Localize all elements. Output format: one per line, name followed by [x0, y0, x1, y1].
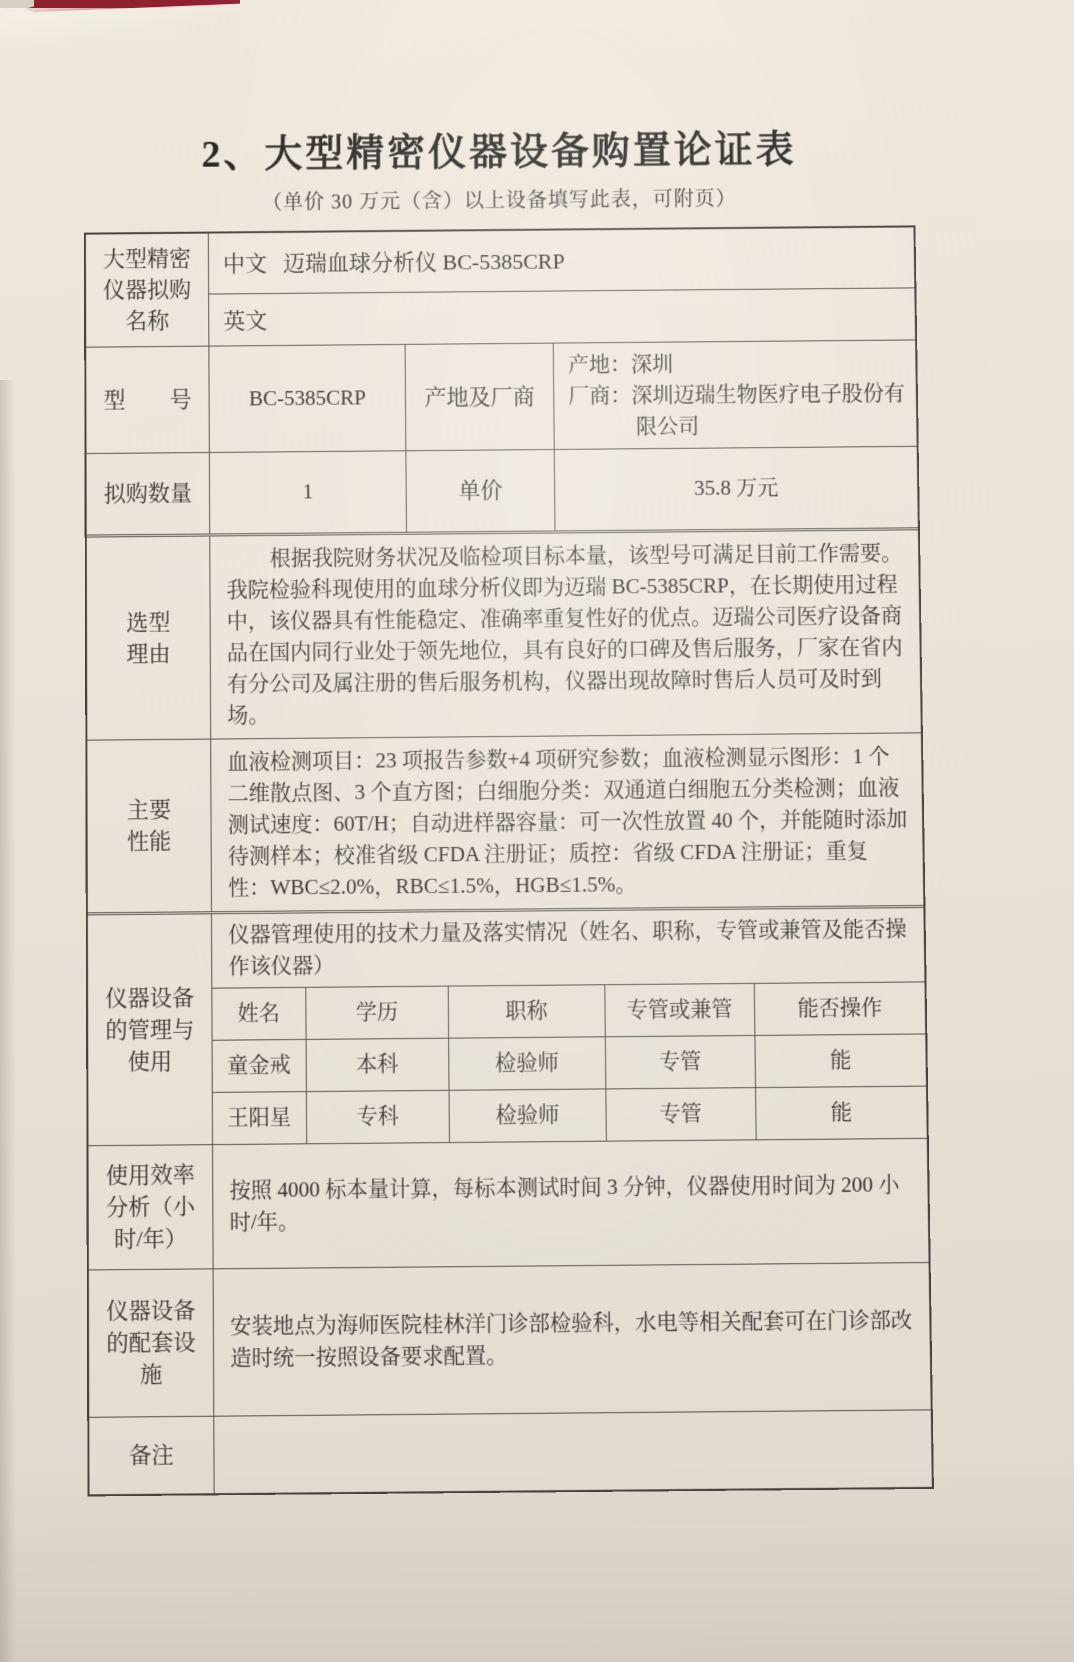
- usage-efficiency-text: 按照 4000 标本量计算，每标本测试时间 3 分钟，仪器使用时间为 200 小…: [213, 1161, 928, 1245]
- col-header-dedication: 专管或兼管: [604, 983, 754, 1035]
- origin-label: 产地及厂商: [405, 343, 554, 450]
- row-usage-efficiency: 使用效率 分析（小 时/年） 按照 4000 标本量计算，每标本测试时间 3 分…: [88, 1137, 928, 1269]
- remarks-text: [214, 1447, 245, 1462]
- management-intro-text: 仪器管理使用的技术力量及落实情况（姓名、职称，专管或兼管及能否操作该仪器）: [212, 908, 924, 988]
- usage-efficiency-cell: 按照 4000 标本量计算，每标本测试时间 3 分钟，仪器使用时间为 200 小…: [212, 1138, 929, 1268]
- unit-price-label: 单价: [405, 450, 554, 532]
- page-left-shadow: [0, 380, 16, 1662]
- equipment-name-values: 中文 迈瑞血球分析仪 BC-5385CRP 英文: [208, 227, 915, 345]
- row-quantity-price: 拟购数量 1 单价 35.8 万元: [87, 445, 918, 534]
- person-name: 童金戒: [213, 1040, 306, 1092]
- row-selection-reason: 选型 理由 根据我院财务状况及临检项目标本量，该型号可满足目前工作需要。我院检验…: [87, 527, 921, 739]
- origin-place: 产地：深圳: [568, 348, 673, 380]
- person-can-operate: 能: [754, 1034, 926, 1087]
- model-value: BC-5385CRP: [208, 344, 405, 451]
- chinese-name-cell: 中文 迈瑞血球分析仪 BC-5385CRP: [209, 227, 914, 293]
- person-dedication: 专管: [605, 1088, 755, 1141]
- main-performance-label: 主要 性能: [87, 739, 211, 912]
- col-header-education: 学历: [305, 986, 448, 1038]
- person-can-operate: 能: [755, 1086, 927, 1139]
- person-dedication: 专管: [605, 1036, 755, 1088]
- row-management-use: 仪器设备 的管理与 使用 仪器管理使用的技术力量及落实情况（姓名、职称，专管或兼…: [88, 905, 927, 1145]
- main-performance-cell: 血液检测项目：23 项报告参数+4 项研究参数；血液检测显示图形：1 个二维散点…: [210, 733, 923, 911]
- supporting-facilities-text: 安装地点为海师医院桂林洋门诊部检验科，水电等相关配套可在门诊部改造时统一按照设备…: [214, 1297, 930, 1382]
- unit-price-value: 35.8 万元: [554, 446, 918, 530]
- chinese-name-value: 迈瑞血球分析仪 BC-5385CRP: [283, 245, 565, 278]
- management-label: 仪器设备 的管理与 使用: [88, 914, 212, 1145]
- selection-reason-label: 选型 理由: [87, 536, 210, 739]
- quantity-value: 1: [209, 451, 406, 533]
- row-model: 型 号 BC-5385CRP 产地及厂商 产地：深圳 厂商：深圳迈瑞生物医疗电子…: [86, 339, 916, 453]
- purchase-justification-table: 大型精密 仪器拟购 名称 中文 迈瑞血球分析仪 BC-5385CRP 英文 型 …: [84, 225, 934, 1496]
- page-subtitle: （单价 30 万元（含）以上设备填写此表，可附页）: [84, 180, 915, 216]
- personnel-table: 姓名 学历 职称 专管或兼管 能否操作 童金戒 本科 检验师 专管 能: [212, 981, 926, 1144]
- supporting-facilities-cell: 安装地点为海师医院桂林洋门诊部检验科，水电等相关配套可在门诊部改造时统一按照设备…: [213, 1263, 931, 1416]
- col-header-can-operate: 能否操作: [754, 982, 926, 1035]
- supporting-facilities-label: 仪器设备 的配套设 施: [89, 1269, 213, 1416]
- origin-value-cell: 产地：深圳 厂商：深圳迈瑞生物医疗电子股份有限公司: [553, 340, 917, 449]
- col-header-name: 姓名: [212, 987, 305, 1039]
- chinese-label: 中文: [223, 247, 267, 278]
- person-education: 专科: [306, 1090, 449, 1142]
- usage-efficiency-label: 使用效率 分析（小 时/年）: [89, 1145, 213, 1269]
- row-equipment-name: 大型精密 仪器拟购 名称 中文 迈瑞血球分析仪 BC-5385CRP 英文: [86, 227, 915, 346]
- selection-reason-cell: 根据我院财务状况及临检项目标本量，该型号可满足目前工作需要。我院检验科现使用的血…: [209, 530, 921, 738]
- personnel-header-row: 姓名 学历 职称 专管或兼管 能否操作: [212, 982, 925, 1039]
- main-performance-text: 血液检测项目：23 项报告参数+4 项研究参数；血液检测显示图形：1 个二维散点…: [211, 733, 923, 911]
- equipment-name-label: 大型精密 仪器拟购 名称: [86, 233, 208, 346]
- row-supporting-facilities: 仪器设备 的配套设 施 安装地点为海师医院桂林洋门诊部检验科，水电等相关配套可在…: [89, 1262, 931, 1417]
- document: 2、大型精密仪器设备购置论证表 （单价 30 万元（含）以上设备填写此表，可附页…: [83, 0, 934, 1496]
- row-main-performance: 主要 性能 血液检测项目：23 项报告参数+4 项研究参数；血液检测显示图形：1…: [87, 732, 923, 912]
- model-label: 型 号: [86, 346, 209, 452]
- col-header-title: 职称: [447, 985, 604, 1037]
- person-education: 本科: [305, 1038, 448, 1090]
- selection-reason-text: 根据我院财务状况及临检项目标本量，该型号可满足目前工作需要。我院检验科现使用的血…: [210, 530, 921, 738]
- personnel-row: 王阳星 专科 检验师 专管 能: [213, 1085, 927, 1144]
- origin-manufacturer: 厂商：深圳迈瑞生物医疗电子股份有限公司: [568, 377, 906, 442]
- english-label: 英文: [223, 304, 267, 335]
- quantity-label: 拟购数量: [87, 453, 210, 535]
- remarks-cell: [213, 1410, 932, 1493]
- person-name: 王阳星: [213, 1092, 306, 1144]
- english-name-cell: 英文: [209, 287, 915, 345]
- row-remarks: 备注: [89, 1409, 932, 1494]
- person-title: 检验师: [448, 1089, 605, 1142]
- management-cell: 仪器管理使用的技术力量及落实情况（姓名、职称，专管或兼管及能否操作该仪器） 姓名…: [211, 908, 927, 1144]
- photographed-form-page: { "page": { "title": "2、大型精密仪器设备购置论证表", …: [0, 0, 1074, 1662]
- page-title: 2、大型精密仪器设备购置论证表: [84, 127, 915, 180]
- person-title: 检验师: [448, 1037, 605, 1090]
- remarks-label: 备注: [89, 1416, 213, 1494]
- personnel-row: 童金戒 本科 检验师 专管 能: [213, 1033, 926, 1091]
